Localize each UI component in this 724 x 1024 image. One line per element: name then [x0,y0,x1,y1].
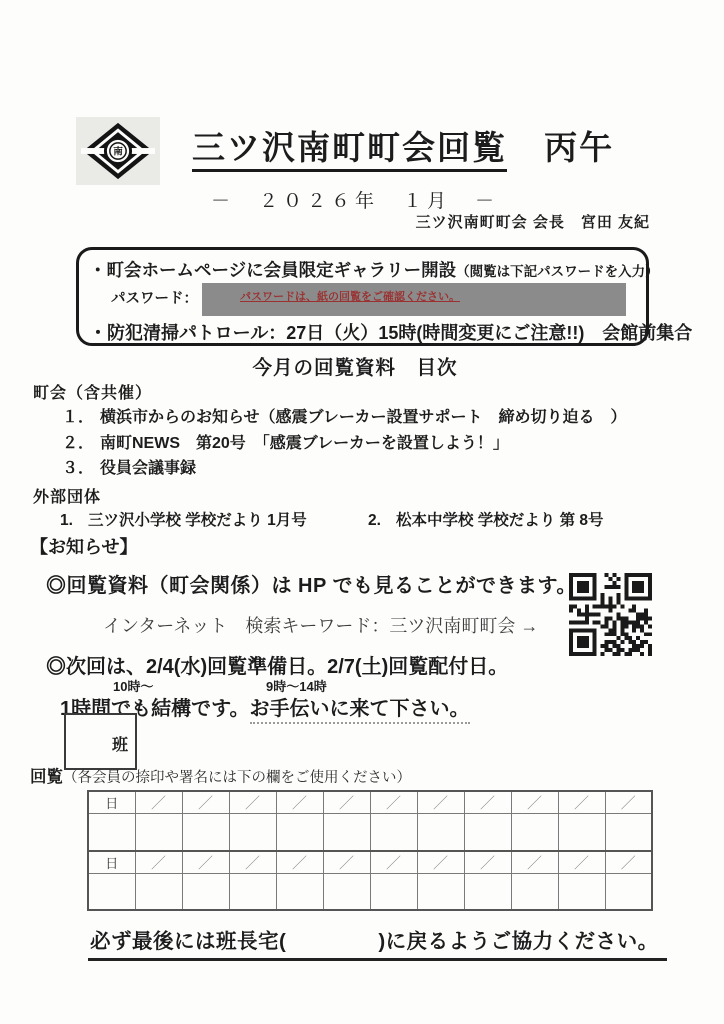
stamp-cell [370,814,417,851]
date-slash-cell: ／ [605,791,652,814]
password-label: パスワード： [111,283,198,308]
toc-section1-title: 町会（含共催） [33,380,152,403]
toc-section2-title: 外部団体 [33,484,101,507]
date-slash-cell: ／ [229,791,276,814]
group-number-box: 班 [64,713,137,770]
password-redaction-box: パスワードは、紙の回覧をご確認ください。 [202,283,626,316]
scanned-circular-page: 南 三ツ沢南町町会回覧 丙午 － ２０２６年 １月 － 三ツ沢南町町会 会長 宮… [0,0,724,1024]
footer-pre: 必ず最後には班長宅( [90,930,286,953]
date-slash-cell: ／ [323,851,370,874]
footer-post: )に戻るようご協力ください。 [378,930,658,953]
gallery-notice-line: ・町会ホームページに会員限定ギャラリー開設（閲覧は下記パスワードを入力） [89,257,637,282]
password-redaction-note: パスワードは、紙の回覧をご確認ください。 [240,291,460,303]
patrol-prefix: ・防犯清掃パトロール：27日（火） [89,323,378,343]
password-row: パスワード： パスワードは、紙の回覧をご確認ください。 [89,283,637,316]
kairan-label: 回覧 [30,768,63,786]
toc-item-2: ２．南町NEWS 第20号 「感震ブレーカーを設置しよう！」 [62,430,509,453]
stamp-cell [605,873,652,910]
ext-item-2: 2.松本中学校 学校だより 第 8号 [368,508,604,530]
stamp-cell [464,814,511,851]
date-slash-cell: ／ [135,851,182,874]
ext-item-2-text: 松本中学校 学校だより 第 8号 [396,512,604,529]
stamp-cell [417,873,464,910]
date-slash-cell: ／ [182,851,229,874]
date-slash-cell: ／ [511,851,558,874]
gallery-notice-main: ・町会ホームページに会員限定ギャラリー開設 [89,260,456,280]
toc-heading: 今月の回覧資料 目次 [0,352,710,380]
page-title-main: 三ツ沢南町町会回覧 [192,129,507,172]
diamond-crest-icon: 南 [81,121,155,181]
stamp-cell [276,873,323,910]
group-label: 班 [112,732,128,755]
toc-item-1-num: １． [62,404,100,427]
announcements-heading: 【お知らせ】 [30,533,137,559]
patrol-line: ・防犯清掃パトロール：27日（火）15時(時間変更にご注意!!) 会館前集合 [89,319,637,345]
stamp-cell [135,873,182,910]
ext-item-1: 1.三ツ沢小学校 学校だより 1月号 [60,508,307,530]
date-slash-cell: ／ [558,791,605,814]
date-slash-cell: ／ [370,851,417,874]
stamp-cell [229,814,276,851]
search-keyword-line: インターネット 検索キーワード：三ツ沢南町町会 → [103,612,538,638]
ext-item-1-num: 1. [60,512,88,530]
patrol-suffix: 会館前集合 [584,323,692,343]
date-slash-cell: ／ [464,791,511,814]
kairan-caption: 回覧（各会員の捺印や署名には下の欄をご使用ください） [30,763,411,787]
stamp-cell [182,814,229,851]
toc-item-3: ３．役員会議事録 [62,455,196,478]
qr-code [569,573,652,656]
date-slash-cell: ／ [276,791,323,814]
town-association-logo: 南 [76,117,160,185]
page-title: 三ツ沢南町町会回覧 丙午 [192,122,614,169]
date-slash-cell: ／ [135,791,182,814]
notice-box: ・町会ホームページに会員限定ギャラリー開設（閲覧は下記パスワードを入力） パスワ… [76,247,649,346]
toc-item-1-text: 横浜市からのお知らせ（感震ブレーカー設置サポート 締め切り迫る ） [100,409,627,426]
stamp-cell [511,814,558,851]
stamp-cell [323,873,370,910]
patrol-underlined: 15時(時間変更にご注意!!) [378,323,584,345]
date-header-cell: 日 [88,851,135,874]
stamp-cell [558,873,605,910]
stamp-cell [88,873,135,910]
stamp-cell [370,873,417,910]
chairman-line: 三ツ沢南町町会 会長 宮田 友紀 [416,211,650,232]
stamp-cell [464,873,511,910]
kairan-note: （各会員の捺印や署名には下の欄をご使用ください） [63,770,411,786]
stamp-cell [182,873,229,910]
toc-item-3-num: ３． [62,455,100,478]
toc-item-1: １．横浜市からのお知らせ（感震ブレーカー設置サポート 締め切り迫る ） [62,404,627,427]
date-slash-cell: ／ [182,791,229,814]
stamp-cell [511,873,558,910]
date-slash-cell: ／ [417,791,464,814]
stamp-cell [135,814,182,851]
date-header-cell: 日 [88,791,135,814]
ext-item-2-num: 2. [368,512,396,530]
gallery-notice-note: （閲覧は下記パスワードを入力） [456,264,659,279]
toc-item-2-text: 南町NEWS 第20号 「感震ブレーカーを設置しよう！」 [100,435,509,452]
date-slash-cell: ／ [605,851,652,874]
date-slash-cell: ／ [229,851,276,874]
stamp-cell [276,814,323,851]
stamp-cell [323,814,370,851]
stamp-cell [605,814,652,851]
stamp-cell [229,873,276,910]
ext-item-1-text: 三ツ沢小学校 学校だより 1月号 [88,512,307,529]
date-slash-cell: ／ [276,851,323,874]
date-slash-cell: ／ [323,791,370,814]
date-slash-cell: ／ [370,791,417,814]
toc-item-2-num: ２． [62,430,100,453]
page-title-era: 丙午 [544,129,614,166]
stamp-cell [88,814,135,851]
issue-date-line: － ２０２６年 １月 － [0,186,710,213]
date-slash-cell: ／ [464,851,511,874]
footer-return-line: 必ず最後には班長宅()に戻るようご協力ください。 [88,924,667,961]
hp-notice-line: ◎回覧資料（町会関係）は HP でも見ることができます。 [46,569,577,598]
next-schedule-line: ◎次回は、2/4(水)回覧準備日。2/7(土)回覧配付日。 [46,650,508,679]
date-slash-cell: ／ [558,851,605,874]
date-slash-cell: ／ [417,851,464,874]
stamp-cell [558,814,605,851]
date-slash-cell: ／ [511,791,558,814]
toc-item-3-text: 役員会議事録 [100,460,196,477]
svg-text:南: 南 [113,146,123,158]
kairan-table: 日／／／／／／／／／／／日／／／／／／／／／／／ [87,790,653,911]
stamp-cell [417,814,464,851]
help-underlined: お手伝いに来て下さい。 [250,698,470,724]
